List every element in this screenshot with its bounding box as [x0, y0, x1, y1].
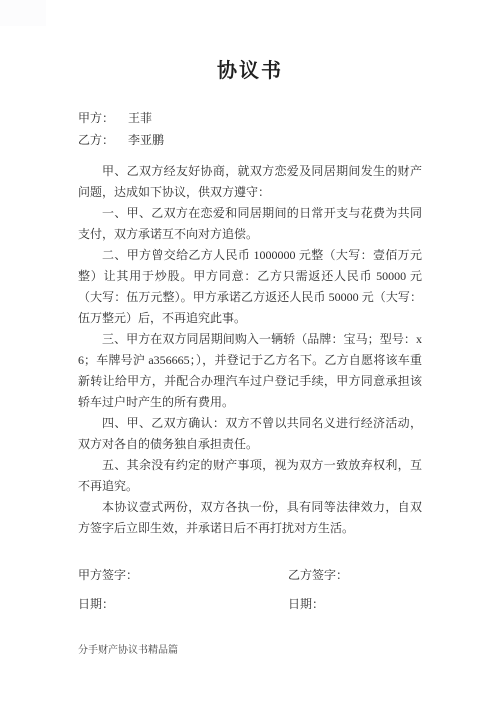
signature-row: 甲方签字： 乙方签字：	[78, 565, 422, 585]
paragraph-clause-4: 四、甲、乙双方确认：双方不曾以共同名义进行经济活动，双方对各自的债务独自承担责任…	[78, 413, 422, 455]
party-a-name: 王菲	[128, 111, 152, 125]
paragraph-preamble: 甲、乙双方经友好协商，就双方恋爱及同居期间发生的财产问题，达成如下协议，供双方遵…	[78, 161, 422, 203]
paragraph-clause-2: 二、甲方曾交给乙方人民币 1000000 元整（大写：壹佰万元整）让其用于炒股。…	[78, 245, 422, 329]
document-title: 协议书	[0, 0, 500, 83]
document-body: 甲方：王菲 乙方：李亚鹏 甲、乙双方经友好协商，就双方恋爱及同居期间发生的财产问…	[0, 107, 500, 614]
agreement-document-page: 协议书 甲方：王菲 乙方：李亚鹏 甲、乙双方经友好协商，就双方恋爱及同居期间发生…	[0, 0, 500, 707]
paragraph-clause-5: 五、其余没有约定的财产事项，视为双方一致放弃权利，互不再追究。	[78, 455, 422, 497]
parties-section: 甲方：王菲 乙方：李亚鹏	[78, 107, 422, 151]
paragraph-closing: 本协议壹式两份，双方各执一份，具有同等法律效力，自双方签字后立即生效，并承诺日后…	[78, 497, 422, 539]
party-a-date-label: 日期：	[78, 594, 288, 614]
footer-caption: 分手财产协议书精品篇	[78, 641, 178, 656]
signature-section: 甲方签字： 乙方签字： 日期： 日期：	[78, 565, 422, 614]
paragraph-clause-3: 三、甲方在双方同居期间购入一辆轿（品牌：宝马；型号：x6；车牌号沪 a35666…	[78, 329, 422, 413]
party-b-signature-label: 乙方签字：	[288, 565, 422, 585]
party-a-line: 甲方：王菲	[78, 107, 422, 129]
party-b-line: 乙方：李亚鹏	[78, 129, 422, 151]
paragraph-clause-1: 一、甲、乙双方在恋爱和同居期间的日常开支与花费为共同支付，双方承诺互不向对方追偿…	[78, 203, 422, 245]
party-b-name: 李亚鹏	[128, 133, 164, 147]
clauses-section: 甲、乙双方经友好协商，就双方恋爱及同居期间发生的财产问题，达成如下协议，供双方遵…	[78, 161, 422, 539]
corner-artifact	[0, 0, 46, 26]
party-b-label: 乙方：	[78, 133, 114, 147]
party-a-label: 甲方：	[78, 111, 114, 125]
party-b-date-label: 日期：	[288, 594, 422, 614]
party-a-signature-label: 甲方签字：	[78, 565, 288, 585]
date-row: 日期： 日期：	[78, 594, 422, 614]
